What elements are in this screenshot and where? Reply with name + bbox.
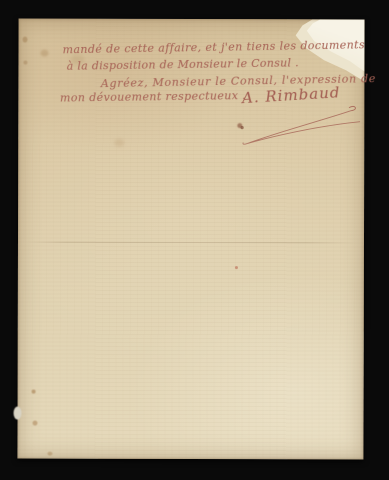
text-line: Agréez, Monsieur le Consul, l'expression… (101, 72, 376, 90)
stain-spot (47, 452, 52, 456)
scan-background: mandé de cette affaire, et j'en tiens le… (0, 0, 389, 480)
stain-spot (23, 37, 28, 43)
text-line: mon dévouement respectueux . (60, 89, 246, 104)
stain-spot (23, 61, 27, 65)
stain-spot (114, 139, 124, 147)
signature-flourish (217, 96, 367, 152)
edge-notch (14, 407, 22, 420)
stain-spot (237, 123, 242, 128)
stain-spot (32, 390, 36, 394)
letter-text: mandé de cette affaire, et j'en tiens le… (16, 18, 365, 461)
text-line: à la disposition de Monsieur le Consul . (67, 56, 299, 72)
stain-spot (70, 55, 84, 65)
letter-page: mandé de cette affaire, et j'en tiens le… (17, 19, 364, 460)
stain-spot (40, 50, 48, 57)
paper-texture (17, 19, 364, 460)
signature: A. Rimbaud (241, 83, 340, 107)
fold-crease (26, 242, 356, 244)
stain-spot (235, 266, 238, 269)
stain-spot (33, 421, 38, 426)
